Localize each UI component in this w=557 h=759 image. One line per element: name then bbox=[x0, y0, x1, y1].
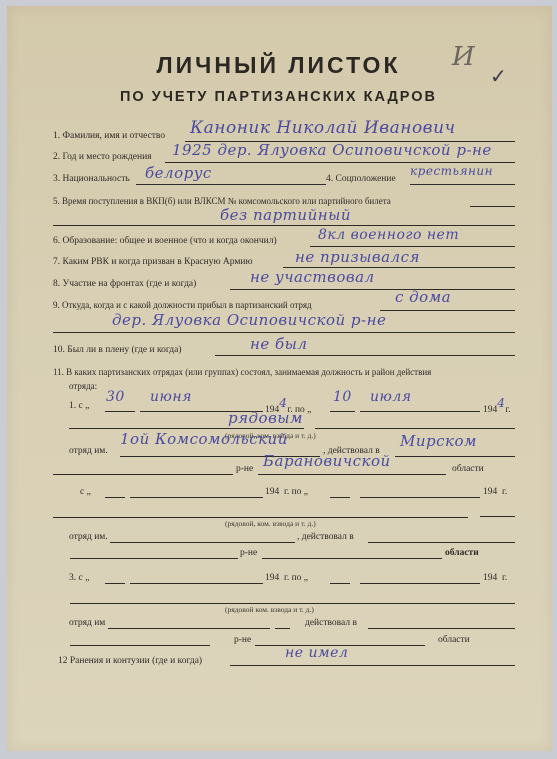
detachment-3-acted-label: действовал в bbox=[305, 618, 357, 628]
detachment-2-district-label: р-не bbox=[240, 548, 257, 558]
detachment-1-number: 1. с „ bbox=[69, 401, 89, 411]
field-11-label: 11. В каких партизанских отрядах (или гр… bbox=[53, 367, 431, 377]
detachment-1-name-label: отряд им. bbox=[69, 446, 108, 456]
page-subtitle: ПО УЧЕТУ ПАРТИЗАНСКИХ КАДРОВ bbox=[0, 89, 557, 105]
detachment-1-position[interactable]: рядовым bbox=[228, 409, 303, 427]
year-digit[interactable]: 4 bbox=[279, 396, 287, 410]
field-9-line-2 bbox=[53, 332, 515, 333]
detachment-1-position-line bbox=[69, 428, 304, 429]
detachment-1-acted-line bbox=[395, 456, 515, 457]
field-1-value[interactable]: Каноник Николай Иванович bbox=[190, 118, 456, 138]
field-4-line bbox=[410, 184, 515, 185]
detachment-2-to-month[interactable] bbox=[360, 497, 480, 498]
field-2-label: 2. Год и место рождения bbox=[53, 152, 152, 162]
detachment-3-district-label: р-не bbox=[234, 635, 251, 645]
field-2-value[interactable]: 1925 дер. Ялуовка Осиповичской р-не bbox=[172, 141, 492, 159]
detachment-2-name-label: отряд им. bbox=[69, 532, 108, 542]
field-6-line bbox=[310, 246, 515, 247]
field-2-line bbox=[165, 162, 515, 163]
detachment-3-name-line-2 bbox=[275, 628, 290, 629]
detachment-2-position-line[interactable] bbox=[53, 517, 468, 518]
detachment-3-to-year: 194 г. bbox=[483, 573, 507, 583]
detachment-1-to-month[interactable]: июля bbox=[370, 389, 412, 405]
field-9-line bbox=[380, 310, 515, 311]
detachment-1-to-day[interactable]: 10 bbox=[333, 389, 352, 405]
field-3-label: 3. Национальность bbox=[53, 174, 130, 184]
field-11-label-2: отряда: bbox=[69, 381, 97, 391]
field-4-label: 4. Соцположение bbox=[326, 174, 396, 184]
field-6-value[interactable]: 8кл военного нет bbox=[318, 227, 459, 243]
detachment-1-district[interactable]: Барановичской bbox=[263, 452, 391, 470]
year-prefix: 194 bbox=[483, 487, 497, 497]
detachment-2-region-label: области bbox=[445, 548, 479, 558]
detachment-3-to-month[interactable] bbox=[360, 583, 480, 584]
detachment-2-number: с „ bbox=[80, 487, 91, 497]
detachment-1-region-label: области bbox=[452, 464, 484, 474]
field-3-line bbox=[136, 184, 326, 185]
year-prefix: 194 bbox=[265, 573, 279, 583]
detachment-2-from-year: 194 г. по „ bbox=[265, 487, 308, 497]
detachment-2-to-year: 194 г. bbox=[483, 487, 507, 497]
to-prefix: г. по „ bbox=[284, 487, 308, 497]
field-9-label: 9. Откуда, когда и с какой должности при… bbox=[53, 300, 312, 310]
detachment-2-district-line[interactable] bbox=[262, 558, 442, 559]
detachment-3-position-hint: (рядовой ком. взвода и т. д.) bbox=[225, 605, 314, 614]
field-10-line bbox=[215, 355, 515, 356]
detachment-3-from-month[interactable] bbox=[130, 583, 263, 584]
detachment-1-from-day-line bbox=[105, 411, 135, 412]
detachment-1-district-label: р-не bbox=[236, 464, 253, 474]
field-4-value[interactable]: крестьянин bbox=[410, 164, 493, 178]
detachment-1-from-month[interactable]: июня bbox=[150, 389, 192, 405]
detachment-3-name-label: отряд им bbox=[69, 618, 105, 628]
detachment-2-district-line-pre bbox=[70, 558, 238, 559]
detachment-3-acted-line[interactable] bbox=[368, 628, 515, 629]
year-suffix: г. bbox=[502, 487, 507, 497]
detachment-1-to-year: 1944г. bbox=[483, 401, 511, 415]
detachment-3-district-line-pre bbox=[70, 645, 210, 646]
field-9-value[interactable]: с дома bbox=[395, 288, 451, 306]
detachment-3-name-line[interactable] bbox=[108, 628, 270, 629]
pencil-annotation: И bbox=[452, 42, 475, 72]
detachment-2-from-month[interactable] bbox=[130, 497, 263, 498]
detachment-2-name-line[interactable] bbox=[110, 542, 295, 543]
field-12-value[interactable]: не имел bbox=[285, 645, 348, 661]
detachment-2-position-line-2 bbox=[480, 516, 515, 517]
detachment-3-to-day[interactable] bbox=[330, 583, 350, 584]
field-9-value-line2[interactable]: дер. Ялуовка Осиповичской р-не bbox=[112, 311, 386, 329]
year-suffix: г. bbox=[502, 573, 507, 583]
detachment-3-from-year: 194 г. по „ bbox=[265, 573, 308, 583]
year-prefix: 194 bbox=[265, 487, 279, 497]
field-5-line bbox=[470, 206, 515, 207]
field-10-value[interactable]: не был bbox=[250, 335, 307, 353]
detachment-1-name[interactable]: 1ой Комсомольский bbox=[120, 430, 288, 448]
year-prefix: 194 bbox=[483, 573, 497, 583]
detachment-3-region-label: области bbox=[438, 635, 470, 645]
detachment-2-acted-label: , действовал в bbox=[297, 532, 354, 542]
field-5-line-2 bbox=[53, 225, 515, 226]
check-mark-icon: ✓ bbox=[490, 64, 507, 88]
detachment-1-from-day[interactable]: 30 bbox=[106, 389, 125, 405]
field-7-label: 7. Каким РВК и когда призван в Красную А… bbox=[53, 257, 253, 267]
detachment-3-position-line[interactable] bbox=[70, 603, 515, 604]
detachment-2-position-hint: (рядовой, ком. взвода и т. д.) bbox=[225, 519, 316, 528]
field-1-label: 1. Фамилия, имя и отчество bbox=[53, 131, 165, 141]
field-10-label: 10. Был ли в плену (где и когда) bbox=[53, 345, 182, 355]
field-8-label: 8. Участие на фронтах (где и когда) bbox=[53, 279, 196, 289]
field-7-value[interactable]: не призывался bbox=[295, 248, 420, 266]
field-5-value[interactable]: без партийный bbox=[220, 206, 351, 224]
field-12-line bbox=[230, 665, 515, 666]
detachment-3-from-day[interactable] bbox=[105, 583, 125, 584]
field-8-line bbox=[230, 289, 515, 290]
year-digit[interactable]: 4 bbox=[497, 396, 505, 410]
field-5-label: 5. Время поступления в ВКП(б) или ВЛКСМ … bbox=[53, 196, 391, 206]
detachment-2-from-day[interactable] bbox=[105, 497, 125, 498]
detachment-1-to-day-line bbox=[330, 411, 355, 412]
year-suffix: г. bbox=[505, 405, 510, 415]
year-prefix: 194 bbox=[483, 405, 497, 415]
field-3-value[interactable]: белорус bbox=[145, 164, 212, 182]
detachment-1-district-line bbox=[258, 474, 446, 475]
detachment-1-district-line-pre bbox=[53, 474, 233, 475]
field-8-value[interactable]: не участвовал bbox=[250, 268, 375, 286]
to-prefix: г. по „ bbox=[284, 573, 308, 583]
detachment-2-to-day[interactable] bbox=[330, 497, 350, 498]
field-6-label: 6. Образование: общее и военное (что и к… bbox=[53, 236, 277, 246]
detachment-1-to-month-line bbox=[360, 411, 480, 412]
detachment-3-number: 3. с „ bbox=[69, 573, 89, 583]
detachment-2-acted-line[interactable] bbox=[368, 542, 515, 543]
field-12-label: 12 Ранения и контузии (где и когда) bbox=[58, 656, 202, 666]
detachment-1-acted-in[interactable]: Мирском bbox=[400, 432, 477, 450]
detachment-1-position-line-2 bbox=[315, 428, 515, 429]
